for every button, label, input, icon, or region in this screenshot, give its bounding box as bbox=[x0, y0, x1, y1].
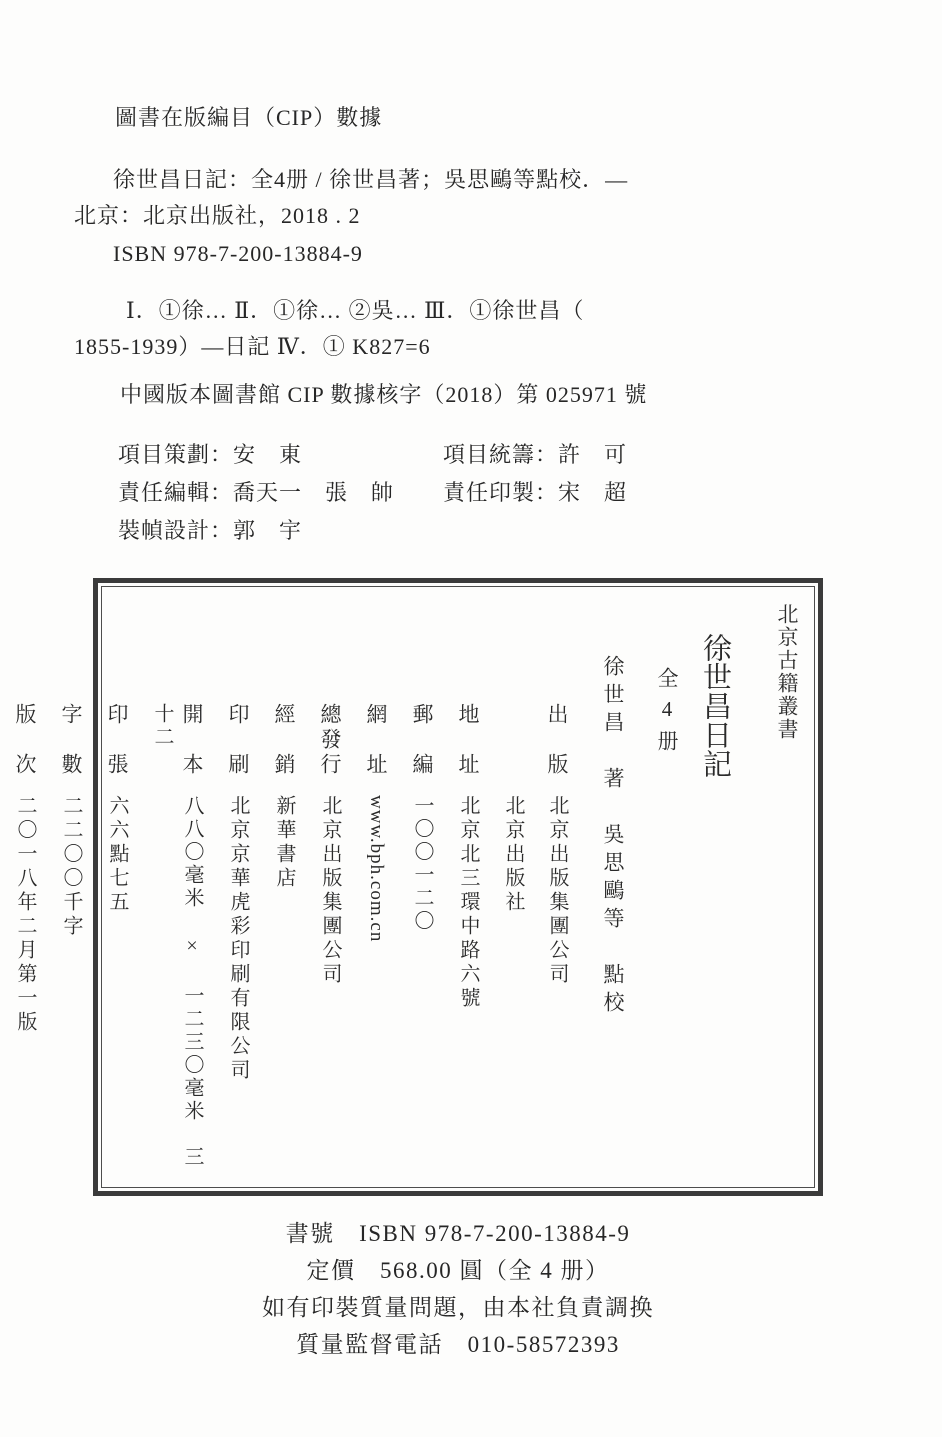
entry-value: 北京出版集團公司 bbox=[319, 795, 341, 987]
series-title: 北京古籍叢書 bbox=[772, 603, 802, 1179]
entry-label: 版 次 bbox=[10, 703, 40, 795]
entry-value: 北京京華虎彩印刷有限公司 bbox=[227, 795, 249, 1083]
colophon-box: 北京古籍叢書 徐世昌日記 全4册 徐世昌 著 吳思鷗等 點校 出 版北京出版集團… bbox=[93, 578, 823, 1196]
colophon-entry-printer: 印 刷北京京華虎彩印刷有限公司 bbox=[223, 603, 253, 1179]
entry-label: 網 址 bbox=[361, 703, 391, 795]
cip-isbn-line: ISBN 978-7-200-13884-9 bbox=[113, 240, 363, 268]
entry-value: 北京出版集團公司 bbox=[546, 795, 568, 987]
entry-label: 印 張 bbox=[102, 703, 132, 795]
price-line: 定價 568.00 圓（全 4 册） bbox=[93, 1257, 823, 1286]
colophon-box-inner-rule: 北京古籍叢書 徐世昌日記 全4册 徐世昌 著 吳思鷗等 點校 出 版北京出版集團… bbox=[101, 586, 815, 1188]
entry-label: 出 版 bbox=[542, 703, 572, 795]
entry-label: 字 數 bbox=[56, 703, 86, 795]
entry-value: 新華書店 bbox=[273, 795, 295, 891]
credit-project-planner: 項目策劃：安 東 bbox=[118, 441, 302, 469]
entry-label: 郵 編 bbox=[407, 703, 437, 795]
entry-value-url: www.bph.com.cn bbox=[366, 795, 387, 942]
credit-coordinator: 項目統籌：許 可 bbox=[443, 441, 627, 469]
colophon-entry-postcode: 郵 編一〇〇一二〇 bbox=[407, 603, 437, 1179]
entry-value: 二〇一八年二月第一版 bbox=[14, 795, 36, 1035]
colophon-entry-website: 網 址www.bph.com.cn bbox=[361, 603, 391, 1179]
credit-print-supervisor: 責任印製：宋 超 bbox=[443, 479, 627, 507]
entry-value: 二二〇〇千字 bbox=[60, 795, 82, 939]
credit-designer: 裝幀設計：郭 宇 bbox=[118, 517, 302, 545]
colophon-entry-distributor: 總發行北京出版集團公司 bbox=[315, 603, 345, 1179]
entry-label: 開 本 bbox=[177, 703, 207, 795]
entry-value-2: 北京出版社 bbox=[502, 795, 524, 915]
cip-classification-line-1: Ⅰ．①徐… Ⅱ．①徐… ②吳… Ⅲ．①徐世昌（ bbox=[126, 297, 584, 325]
volume-label: 全4册 bbox=[652, 603, 682, 1179]
entry-label: 地 址 bbox=[453, 703, 483, 795]
entry-label: 經 銷 bbox=[269, 703, 299, 795]
colophon-content: 北京古籍叢書 徐世昌日記 全4册 徐世昌 著 吳思鷗等 點校 出 版北京出版集團… bbox=[102, 587, 814, 1187]
entry-label: 總發行 bbox=[315, 703, 345, 795]
colophon-entry-word-count: 字 數二二〇〇千字 bbox=[56, 603, 86, 1179]
cip-heading: 圖書在版編目（CIP）數據 bbox=[115, 104, 382, 132]
entry-value: 北京北三環中路六號 bbox=[457, 795, 479, 1011]
copyright-page: 圖書在版編目（CIP）數據 徐世昌日記：全4册 / 徐世昌著；吳思鷗等點校．— … bbox=[0, 0, 942, 1437]
colophon-entry-format: 開 本八八〇毫米 × 一二三〇毫米 三十二 bbox=[148, 603, 207, 1179]
authors-line: 徐世昌 著 吳思鷗等 點校 bbox=[598, 603, 628, 1179]
colophon-entry-address: 地 址北京北三環中路六號 bbox=[453, 603, 483, 1179]
entry-value: 一〇〇一二〇 bbox=[411, 795, 433, 933]
colophon-entry-edition: 版 次二〇一八年二月第一版 bbox=[10, 603, 40, 1179]
colophon-entry-publisher: 出 版北京出版集團公司 北京出版社 bbox=[499, 603, 572, 1179]
cip-classification-line-2: 1855-1939）—日記 Ⅳ．① K827=6 bbox=[74, 333, 431, 361]
quality-notice-line: 如有印裝質量問題，由本社負責調换 bbox=[93, 1294, 823, 1323]
book-title: 徐世昌日記 bbox=[695, 603, 736, 1179]
cip-record-line-2: 北京：北京出版社，2018 . 2 bbox=[74, 202, 361, 230]
cip-registration-line: 中國版本圖書館 CIP 數據核字（2018）第 025971 號 bbox=[120, 381, 647, 409]
cip-record-line-1: 徐世昌日記：全4册 / 徐世昌著；吳思鷗等點校．— bbox=[113, 166, 628, 194]
credit-editor: 責任編輯：喬天一 張 帥 bbox=[118, 479, 394, 507]
quality-phone-line: 質量監督電話 010-58572393 bbox=[93, 1331, 823, 1360]
book-number-line: 書號 ISBN 978-7-200-13884-9 bbox=[93, 1220, 823, 1249]
entry-label: 印 刷 bbox=[223, 703, 253, 795]
entry-value: 六六點七五 bbox=[106, 795, 128, 915]
colophon-entry-sheets: 印 張六六點七五 bbox=[102, 603, 132, 1179]
colophon-entry-seller: 經 銷新華書店 bbox=[269, 603, 299, 1179]
